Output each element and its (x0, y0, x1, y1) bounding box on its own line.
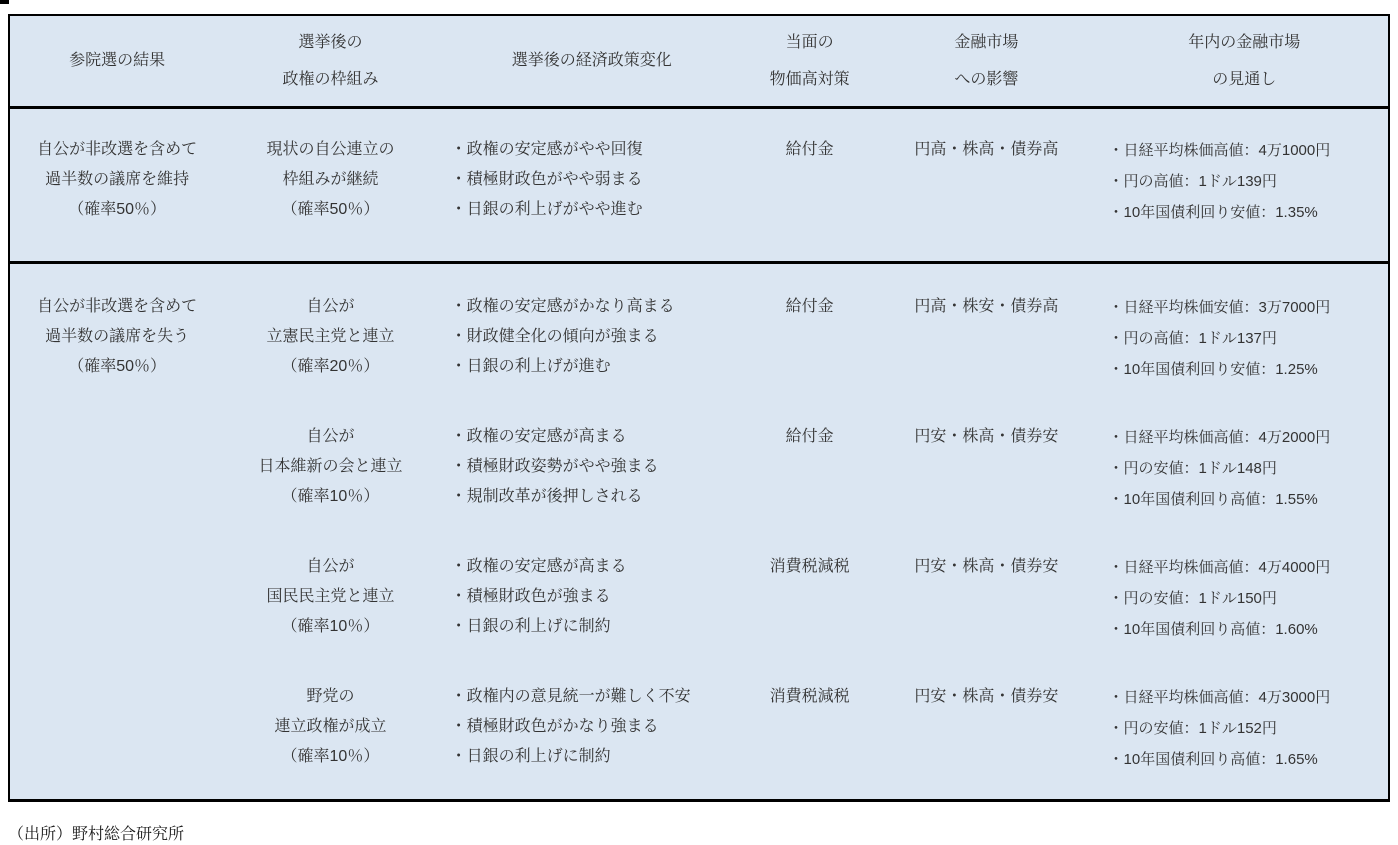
scenario-block: 自公が 国民民主党と連立 （確率10％） (224, 524, 436, 654)
scenario-block: 自公が 日本維新の会と連立 （確率10％） (224, 394, 436, 524)
result-line: 自公が非改選を含めて (10, 292, 224, 322)
header-line: の見通し (1101, 61, 1388, 98)
col-header-government-framework: 選挙後の 政権の枠組み (224, 15, 436, 107)
policy-bullet: ・政権の安定感がやや回復 (451, 135, 747, 165)
price-measure: 給付金 (747, 422, 872, 452)
header-line: への影響 (872, 61, 1100, 98)
result-cell: 自公が非改選を含めて 過半数の議席を維持 （確率50％） (9, 107, 224, 262)
scenario-block: 円安・株高・債券安 (872, 654, 1100, 799)
scenario-block: 円高・株安・債券高 (872, 264, 1100, 394)
outlook-bullet: ・日経平均株価高値：4万2000円 (1109, 422, 1388, 453)
col-header-election-result: 参院選の結果 (9, 15, 224, 107)
header-line: 政権の枠組み (224, 61, 436, 98)
policy-bullet: ・日銀の利上げがやや進む (451, 195, 747, 225)
policy-bullet: ・財政健全化の傾向が強まる (451, 322, 747, 352)
header-line: 当面の (747, 24, 872, 61)
framework-line: 国民民主党と連立 (224, 582, 436, 612)
framework-line: 自公が (224, 422, 436, 452)
outlook-bullet: ・10年国債利回り高値：1.65% (1109, 744, 1388, 775)
framework-line: 自公が (224, 552, 436, 582)
outlook-bullet: ・円の高値：1ドル137円 (1109, 323, 1388, 354)
scenario-block: 円安・株高・債券安 (872, 524, 1100, 654)
policy-bullet: ・政権の安定感が高まる (451, 552, 747, 582)
policy-bullet: ・政権の安定感がかなり高まる (451, 292, 747, 322)
market-impact: 円高・株安・債券高 (872, 292, 1100, 322)
market-impact: 円安・株高・債券安 (872, 552, 1100, 582)
col-header-price-measures: 当面の 物価高対策 (747, 15, 872, 107)
framework-line: 立憲民主党と連立 (224, 322, 436, 352)
policy-bullet: ・日銀の利上げに制約 (451, 742, 747, 772)
header-line: 年内の金融市場 (1101, 24, 1388, 61)
market-impact-cell: 円高・株安・債券高 円安・株高・債券安 円安・株高・債券安 円安・株高・債券安 (872, 262, 1100, 800)
screen-artifact (0, 0, 9, 4)
outlook-bullet: ・円の安値：1ドル148円 (1109, 453, 1388, 484)
result-line: 過半数の議席を失う (10, 322, 224, 352)
header-line: 物価高対策 (747, 61, 872, 98)
price-measure: 消費税減税 (747, 682, 872, 712)
scenario-block: 円安・株高・債券安 (872, 394, 1100, 524)
col-header-market-impact: 金融市場 への影響 (872, 15, 1100, 107)
policy-bullet: ・日銀の利上げが進む (451, 352, 747, 382)
outlook-bullet: ・10年国債利回り安値：1.25% (1109, 354, 1388, 385)
framework-line: 枠組みが継続 (224, 165, 436, 195)
policy-bullet: ・積極財政色がかなり強まる (451, 712, 747, 742)
framework-line: （確率10％） (224, 742, 436, 772)
header-line: 金融市場 (872, 24, 1100, 61)
election-scenario-table: 参院選の結果 選挙後の 政権の枠組み 選挙後の経済政策変化 当面の 物価高対策 … (8, 14, 1390, 802)
scenario-block: ・政権内の意見統一が難しく不安 ・積極財政色がかなり強まる ・日銀の利上げに制約 (451, 654, 747, 799)
market-impact: 円安・株高・債券安 (872, 682, 1100, 712)
policy-bullet: ・積極財政姿勢がやや強まる (451, 452, 747, 482)
outlook-bullet: ・日経平均株価高値：4万1000円 (1109, 135, 1388, 166)
table-row-seats-maintained: 自公が非改選を含めて 過半数の議席を維持 （確率50％） 現状の自公連立の 枠組… (9, 107, 1389, 262)
scenario-block: ・政権の安定感が高まる ・積極財政姿勢がやや強まる ・規制改革が後押しされる (451, 394, 747, 524)
policy-bullet: ・積極財政色がやや弱まる (451, 165, 747, 195)
outlook-bullet: ・10年国債利回り高値：1.55% (1109, 484, 1388, 515)
framework-line: （確率10％） (224, 482, 436, 512)
table-row-seats-lost: 自公が非改選を含めて 過半数の議席を失う （確率50％） 自公が 立憲民主党と連… (9, 262, 1389, 800)
header-line: 選挙後の (224, 24, 436, 61)
header-row: 参院選の結果 選挙後の 政権の枠組み 選挙後の経済政策変化 当面の 物価高対策 … (9, 15, 1389, 107)
framework-line: （確率10％） (224, 612, 436, 642)
scenario-block: ・日経平均株価安値：3万7000円 ・円の高値：1ドル137円 ・10年国債利回… (1109, 264, 1388, 394)
scenario-block: ・日経平均株価高値：4万4000円 ・円の安値：1ドル150円 ・10年国債利回… (1109, 524, 1388, 654)
scenario-block: 自公が 立憲民主党と連立 （確率20％） (224, 264, 436, 394)
policy-cell: ・政権の安定感がかなり高まる ・財政健全化の傾向が強まる ・日銀の利上げが進む … (437, 262, 747, 800)
outlook-bullet: ・日経平均株価高値：4万3000円 (1109, 682, 1388, 713)
outlook-bullet: ・10年国債利回り安値：1.35% (1109, 197, 1388, 228)
framework-line: 自公が (224, 292, 436, 322)
scenario-block: 消費税減税 (747, 654, 872, 799)
framework-cell: 現状の自公連立の 枠組みが継続 （確率50％） (224, 107, 436, 262)
result-line: 自公が非改選を含めて (10, 135, 224, 165)
header-line: 選挙後の経済政策変化 (437, 42, 747, 79)
price-measure: 給付金 (747, 292, 872, 322)
price-measure-cell: 給付金 (747, 107, 872, 262)
scenario-block: 給付金 (747, 394, 872, 524)
policy-bullet: ・日銀の利上げに制約 (451, 612, 747, 642)
outlook-bullet: ・日経平均株価安値：3万7000円 (1109, 292, 1388, 323)
outlook-bullet: ・円の安値：1ドル150円 (1109, 583, 1388, 614)
outlook-cell: ・日経平均株価高値：4万1000円 ・円の高値：1ドル139円 ・10年国債利回… (1101, 107, 1389, 262)
result-line: （確率50％） (10, 195, 224, 225)
price-measure-cell: 給付金 給付金 消費税減税 消費税減税 (747, 262, 872, 800)
framework-line: 連立政権が成立 (224, 712, 436, 742)
scenario-block: 野党の 連立政権が成立 （確率10％） (224, 654, 436, 799)
scenario-block: ・政権の安定感がかなり高まる ・財政健全化の傾向が強まる ・日銀の利上げが進む (451, 264, 747, 394)
policy-bullet: ・政権内の意見統一が難しく不安 (451, 682, 747, 712)
scenario-block: ・政権の安定感が高まる ・積極財政色が強まる ・日銀の利上げに制約 (451, 524, 747, 654)
market-impact: 円高・株高・債券高 (872, 135, 1100, 165)
market-impact-cell: 円高・株高・債券高 (872, 107, 1100, 262)
framework-line: 日本維新の会と連立 (224, 452, 436, 482)
header-line: 参院選の結果 (10, 42, 224, 79)
outlook-bullet: ・10年国債利回り高値：1.60% (1109, 614, 1388, 645)
policy-bullet: ・政権の安定感が高まる (451, 422, 747, 452)
scenario-block: 給付金 (747, 264, 872, 394)
market-impact: 円安・株高・債券安 (872, 422, 1100, 452)
framework-line: （確率50％） (224, 195, 436, 225)
framework-line: 現状の自公連立の (224, 135, 436, 165)
result-line: 過半数の議席を維持 (10, 165, 224, 195)
framework-line: （確率20％） (224, 352, 436, 382)
col-header-market-outlook: 年内の金融市場 の見通し (1101, 15, 1389, 107)
result-cell: 自公が非改選を含めて 過半数の議席を失う （確率50％） (9, 262, 224, 800)
price-measure: 消費税減税 (747, 552, 872, 582)
result-line: （確率50％） (10, 352, 224, 382)
outlook-bullet: ・円の安値：1ドル152円 (1109, 713, 1388, 744)
policy-cell: ・政権の安定感がやや回復 ・積極財政色がやや弱まる ・日銀の利上げがやや進む (437, 107, 747, 262)
outlook-bullet: ・円の高値：1ドル139円 (1109, 166, 1388, 197)
framework-line: 野党の (224, 682, 436, 712)
policy-bullet: ・規制改革が後押しされる (451, 482, 747, 512)
col-header-economic-policy: 選挙後の経済政策変化 (437, 15, 747, 107)
framework-cell: 自公が 立憲民主党と連立 （確率20％） 自公が 日本維新の会と連立 （確率10… (224, 262, 436, 800)
policy-bullet: ・積極財政色が強まる (451, 582, 747, 612)
scenario-block: ・日経平均株価高値：4万3000円 ・円の安値：1ドル152円 ・10年国債利回… (1109, 654, 1388, 799)
page: 参院選の結果 選挙後の 政権の枠組み 選挙後の経済政策変化 当面の 物価高対策 … (0, 0, 1398, 845)
outlook-bullet: ・日経平均株価高値：4万4000円 (1109, 552, 1388, 583)
scenario-block: 消費税減税 (747, 524, 872, 654)
source-note: （出所）野村総合研究所 (8, 821, 184, 844)
price-measure: 給付金 (747, 135, 872, 165)
scenario-block: ・日経平均株価高値：4万2000円 ・円の安値：1ドル148円 ・10年国債利回… (1109, 394, 1388, 524)
outlook-cell: ・日経平均株価安値：3万7000円 ・円の高値：1ドル137円 ・10年国債利回… (1101, 262, 1389, 800)
